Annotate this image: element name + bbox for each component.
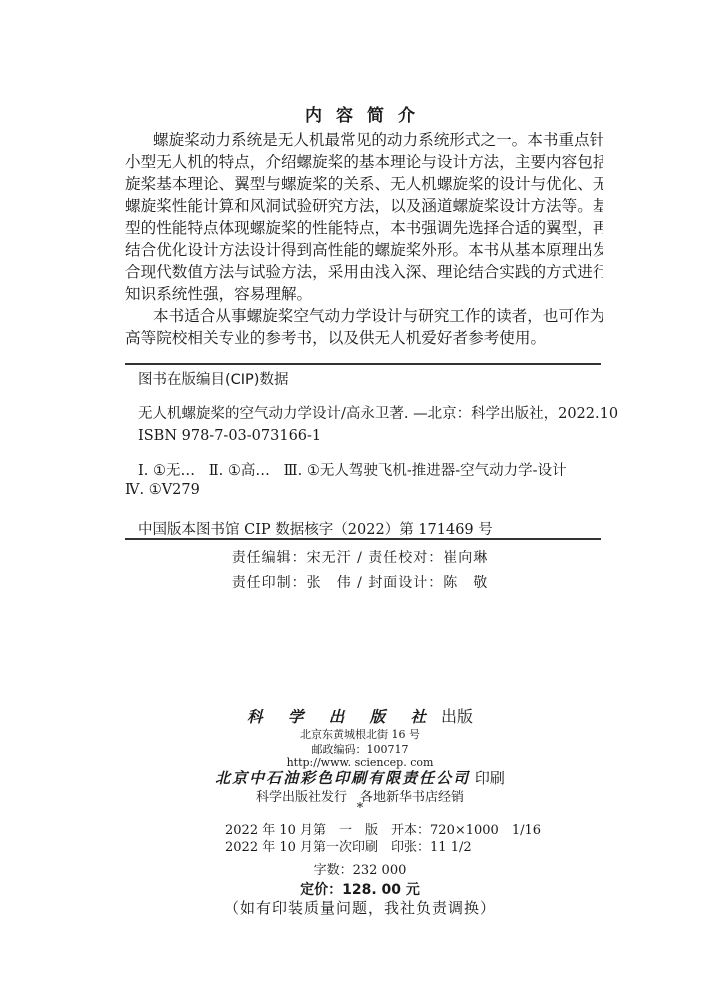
cip-classification-2: Ⅳ. ①V279 [125,482,200,498]
cip-isbn: ISBN 978-7-03-073166-1 [138,428,321,444]
cip-classification-1: Ⅰ. ①无… Ⅱ. ①高… Ⅲ. ①无人驾驶飞机-推进器-空气动力学-设计 [138,459,567,480]
printer: 北京中石油彩色印刷有限责任公司 印刷 [0,767,720,788]
text-line: 螺旋桨性能计算和风洞试验研究方法，以及涵道螺旋桨设计方法等。基于翼 [125,195,603,217]
text-line: 小型无人机的特点，介绍螺旋桨的基本理论与设计方法，主要内容包括：螺 [125,151,603,173]
text-line: 型的性能特点体现螺旋桨的性能特点，本书强调先选择合适的翼型，再紧密 [125,217,603,239]
publisher-logo-text: 科 学 出 版 社 [247,707,436,726]
text-line: 合现代数值方法与试验方法，采用由浅入深、理论结合实践的方式进行介绍， [125,261,603,283]
cip-heading: 图书在版编目(CIP)数据 [138,368,288,389]
text-line: 结合优化设计方法设计得到高性能的螺旋桨外形。本书从基本原理出发，结 [125,239,603,261]
cip-top-rule [125,363,601,365]
printer-name: 北京中石油彩色印刷有限责任公司 [215,769,470,787]
text-line: 知识系统性强，容易理解。 [125,283,603,305]
staff-editors: 责任编辑：宋无汗 / 责任校对：崔向琳 [0,547,720,567]
cip-library-record: 中国版本图书馆 CIP 数据核字（2022）第 171469 号 [138,518,493,539]
publisher-suffix: 出版 [441,707,473,726]
text-line: 高等院校相关专业的参考书，以及供无人机爱好者参考使用。 [125,327,603,349]
text-line: 螺旋桨动力系统是无人机最常见的动力系统形式之一。本书重点针对中 [153,129,603,151]
edition-line-2: 2022 年 10 月第一次印刷 印张：11 1/2 [225,836,472,855]
staff-production: 责任印制：张 伟 / 封面设计：陈 敬 [0,572,720,592]
word-count: 字数：232 000 [0,859,720,878]
text-line: 本书适合从事螺旋桨空气动力学设计与研究工作的读者，也可作为普通 [153,305,603,327]
publisher-postcode: 邮政编码：100717 [0,741,720,757]
publisher-name: 科 学 出 版 社 出版 [0,704,720,727]
cip-bottom-rule [125,538,601,540]
price: 定价：128. 00 元 [0,879,720,899]
text-line: 旋桨基本理论、翼型与螺旋桨的关系、无人机螺旋桨的设计与优化、无人机 [125,173,603,195]
printer-suffix: 印刷 [475,769,505,787]
separator-asterisk: * [0,801,720,816]
publisher-address: 北京东黄城根北街 16 号 [0,726,720,742]
cip-title-line: 无人机螺旋桨的空气动力学设计/高永卫著. —北京：科学出版社，2022.10 [138,402,618,423]
page-title: 内容简介 [0,101,720,126]
quality-notice: （如有印装质量问题，我社负责调换） [0,897,720,918]
